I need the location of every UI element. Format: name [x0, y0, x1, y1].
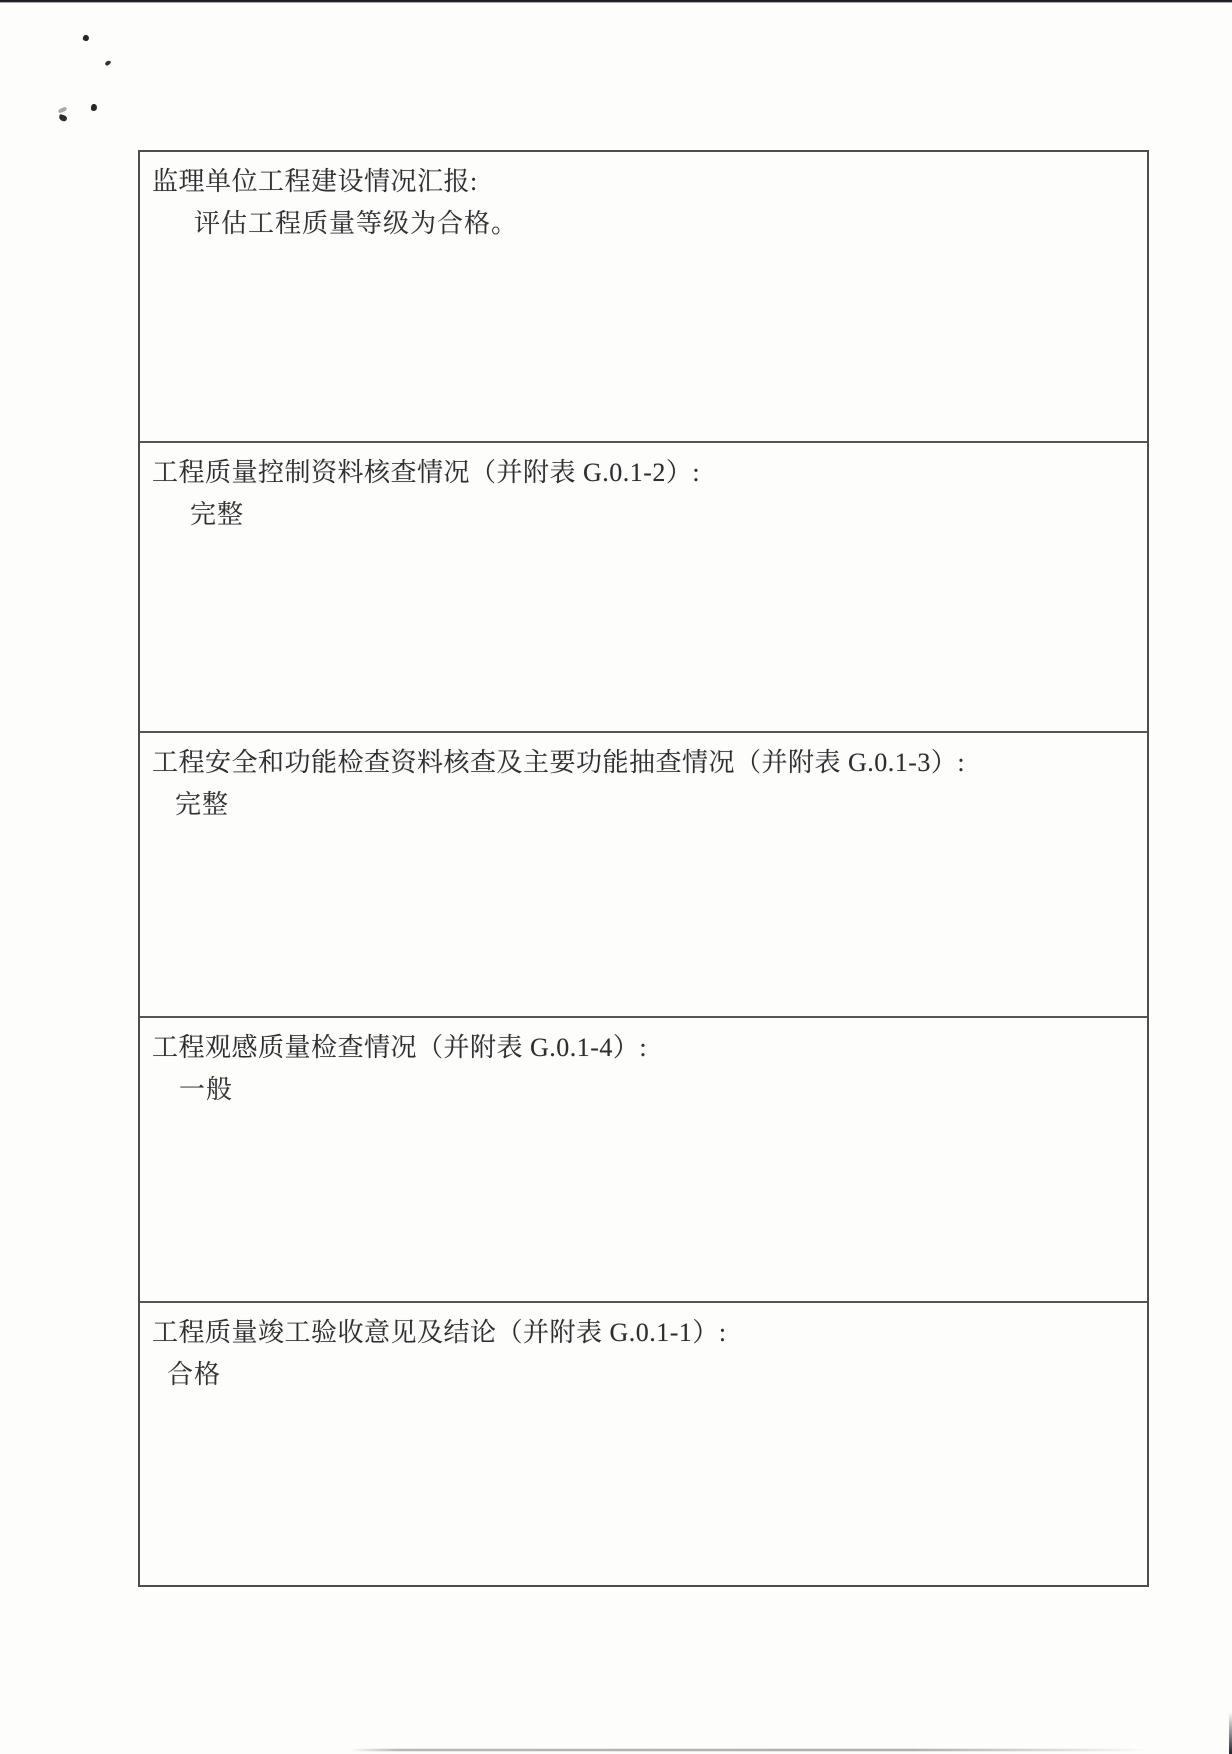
row-value: 评估工程质量等级为合格。 [194, 210, 1129, 238]
row-title: 工程观感质量检查情况（并附表 G.0.1-4）: [152, 1034, 1129, 1062]
row-safety-function-check: 工程安全和功能检查资料核查及主要功能抽查情况（并附表 G.0.1-3）: 完整 [140, 733, 1147, 1018]
ink-speck [91, 104, 98, 112]
row-appearance-quality: 工程观感质量检查情况（并附表 G.0.1-4）: 一般 [140, 1018, 1147, 1303]
row-title: 工程质量竣工验收意见及结论（并附表 G.0.1-1）: [152, 1319, 1129, 1347]
scan-edge-top-artifact [0, 0, 1232, 3]
row-quality-control-docs: 工程质量控制资料核查情况（并附表 G.0.1-2）: 完整 [140, 443, 1147, 733]
row-title: 监理单位工程建设情况汇报: [152, 168, 1129, 196]
row-value: 一般 [179, 1076, 1129, 1104]
scanned-document-page: 监理单位工程建设情况汇报: 评估工程质量等级为合格。 工程质量控制资料核查情况（… [0, 0, 1232, 1754]
row-value: 合格 [167, 1361, 1129, 1389]
row-supervisor-report: 监理单位工程建设情况汇报: 评估工程质量等级为合格。 [140, 152, 1147, 443]
row-value: 完整 [175, 791, 1129, 819]
ink-speck [82, 34, 90, 42]
row-title: 工程质量控制资料核查情况（并附表 G.0.1-2）: [152, 459, 1129, 487]
ink-speck [58, 106, 68, 113]
row-acceptance-conclusion: 工程质量竣工验收意见及结论（并附表 G.0.1-1）: 合格 [140, 1303, 1147, 1585]
ink-speck [58, 114, 67, 122]
row-value: 完整 [190, 501, 1129, 529]
acceptance-record-table: 监理单位工程建设情况汇报: 评估工程质量等级为合格。 工程质量控制资料核查情况（… [138, 150, 1149, 1587]
row-title: 工程安全和功能检查资料核查及主要功能抽查情况（并附表 G.0.1-3）: [152, 749, 1129, 777]
ink-speck [104, 60, 111, 66]
scan-shadow-line-artifact [350, 1749, 1150, 1751]
